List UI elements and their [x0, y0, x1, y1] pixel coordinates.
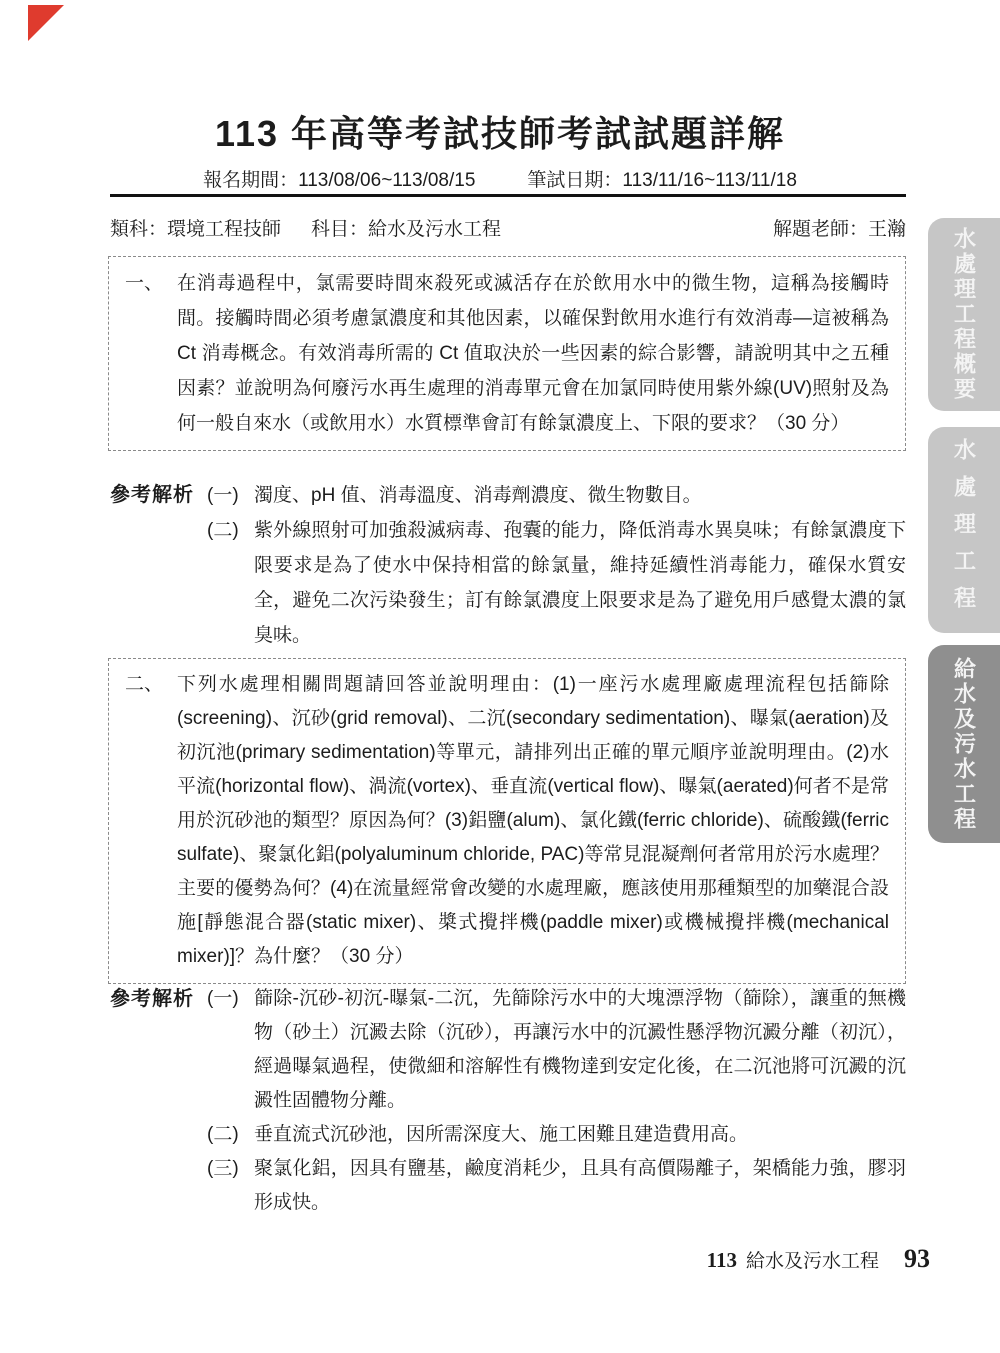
analysis-item-marker: (一): [207, 478, 254, 513]
analysis-1-label: 參考解析: [110, 478, 207, 653]
question-1-number: 一、: [125, 266, 177, 441]
analysis-item-marker: (二): [207, 1118, 254, 1152]
analysis-item: (二) 紫外線照射可加強殺滅病毒、孢囊的能力，降低消毒水異臭味；有餘氯濃度下限要…: [207, 513, 906, 653]
analysis-item-marker: (一): [207, 982, 254, 1118]
category-label: 類科：環境工程技師: [110, 214, 281, 241]
chapter-tab-water-supply-sewerage: 給水及污水工程: [928, 645, 1000, 843]
analysis-item: (一) 濁度、pH 值、消毒溫度、消毒劑濃度、微生物數目。: [207, 478, 906, 513]
chapter-tab-water-treatment: 水處理工程: [928, 427, 1000, 633]
footer-edition: 113: [707, 1248, 737, 1273]
analysis-item: (三) 聚氯化鋁，因具有鹽基，鹼度消耗少，且具有高價陽離子，架橋能力強，膠羽形成…: [207, 1152, 906, 1220]
subject-label: 科目：給水及污水工程: [311, 214, 501, 241]
analysis-item-text: 篩除-沉砂-初沉-曝氣-二沉，先篩除污水中的大塊漂浮物（篩除），讓重的無機物（砂…: [254, 982, 906, 1118]
analysis-item: (一) 篩除-沉砂-初沉-曝氣-二沉，先篩除污水中的大塊漂浮物（篩除），讓重的無…: [207, 982, 906, 1118]
header-divider: [110, 194, 906, 197]
exam-dates-line: 報名期間：113/08/06~113/08/15 筆試日期：113/11/16~…: [0, 165, 1000, 192]
teacher-label: 解題老師：王瀚: [773, 214, 906, 241]
chapter-tab-water-treatment-overview: 水處理工程概要: [928, 218, 1000, 411]
analysis-2-section: 參考解析 (一) 篩除-沉砂-初沉-曝氣-二沉，先篩除污水中的大塊漂浮物（篩除）…: [110, 982, 906, 1220]
registration-period: 報名期間：113/08/06~113/08/15: [203, 165, 475, 192]
question-2-number: 二、: [125, 668, 177, 974]
analysis-item-text: 濁度、pH 值、消毒溫度、消毒劑濃度、微生物數目。: [254, 478, 906, 513]
analysis-item-text: 聚氯化鋁，因具有鹽基，鹼度消耗少，且具有高價陽離子，架橋能力強，膠羽形成快。: [254, 1152, 906, 1220]
question-2-text: 下列水處理相關問題請回答並說明理由：(1)一座污水處理廠處理流程包括篩除(scr…: [177, 668, 889, 974]
analysis-item: (二) 垂直流式沉砂池，因所需深度大、施工困難且建造費用高。: [207, 1118, 906, 1152]
analysis-item-marker: (二): [207, 513, 254, 653]
page-number: 93: [904, 1244, 930, 1274]
analysis-2-items: (一) 篩除-沉砂-初沉-曝氣-二沉，先篩除污水中的大塊漂浮物（篩除），讓重的無…: [207, 982, 906, 1220]
analysis-2-label: 參考解析: [110, 982, 207, 1220]
analysis-1-items: (一) 濁度、pH 值、消毒溫度、消毒劑濃度、微生物數目。 (二) 紫外線照射可…: [207, 478, 906, 653]
page-title: 113 年高等考試技師考試試題詳解: [0, 106, 1000, 157]
document-page: 113 年高等考試技師考試試題詳解 報名期間：113/08/06~113/08/…: [0, 0, 1000, 1353]
meta-line: 類科：環境工程技師 科目：給水及污水工程 解題老師：王瀚: [110, 214, 906, 241]
question-2-box: 二、 下列水處理相關問題請回答並說明理由：(1)一座污水處理廠處理流程包括篩除(…: [108, 658, 906, 984]
written-exam-date: 筆試日期：113/11/16~113/11/18: [527, 165, 797, 192]
footer-subject: 給水及污水工程: [746, 1246, 879, 1273]
question-1-text: 在消毒過程中，氯需要時間來殺死或滅活存在於飲用水中的微生物，這稱為接觸時間。接觸…: [177, 266, 889, 441]
meta-left: 類科：環境工程技師 科目：給水及污水工程: [110, 214, 501, 241]
analysis-item-text: 垂直流式沉砂池，因所需深度大、施工困難且建造費用高。: [254, 1118, 906, 1152]
page-footer: 113 給水及污水工程 93: [707, 1244, 930, 1274]
analysis-item-marker: (三): [207, 1152, 254, 1220]
red-corner-triangle-icon: [28, 5, 64, 46]
question-1-box: 一、 在消毒過程中，氯需要時間來殺死或滅活存在於飲用水中的微生物，這稱為接觸時間…: [108, 256, 906, 451]
analysis-1-section: 參考解析 (一) 濁度、pH 值、消毒溫度、消毒劑濃度、微生物數目。 (二) 紫…: [110, 478, 906, 653]
analysis-item-text: 紫外線照射可加強殺滅病毒、孢囊的能力，降低消毒水異臭味；有餘氯濃度下限要求是為了…: [254, 513, 906, 653]
